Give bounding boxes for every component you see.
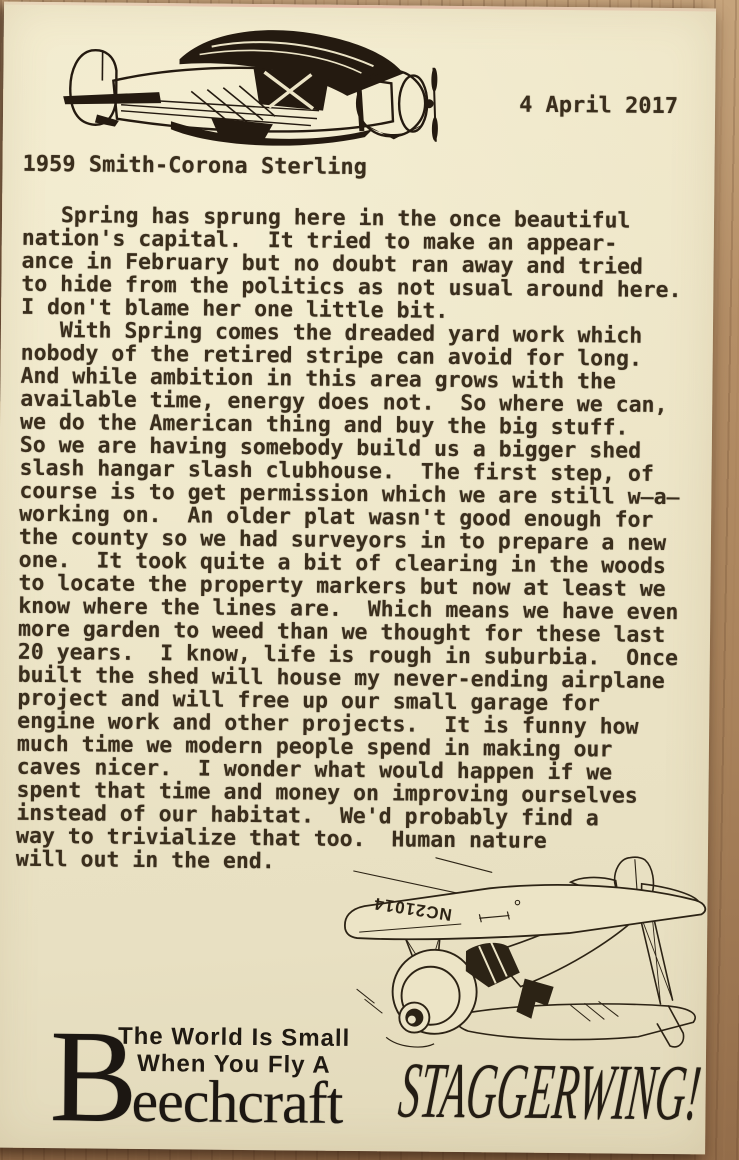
beechcraft-logo: Beechcraft xyxy=(49,1010,343,1145)
staggerwing-wordmark: STAGGERWING! xyxy=(395,1048,705,1138)
staggerwing-line-drawing: NC21014 xyxy=(338,853,712,1059)
typewriter-model-heading: 1959 Smith-Corona Sterling xyxy=(22,152,367,180)
staggerwing-stamp-illustration xyxy=(61,22,464,158)
letter-paper: 4 April 2017 1959 Smith-Corona Sterling … xyxy=(0,2,716,1155)
beechcraft-logo-initial: B xyxy=(49,1010,138,1143)
letter-date: 4 April 2017 xyxy=(519,93,678,120)
letter-body: Spring has sprung here in the once beaut… xyxy=(16,204,683,877)
photographed-letter-scene: { "document": { "date": "4 April 2017", … xyxy=(0,0,739,1160)
beechcraft-logo-rest: eechcraft xyxy=(131,1067,342,1138)
